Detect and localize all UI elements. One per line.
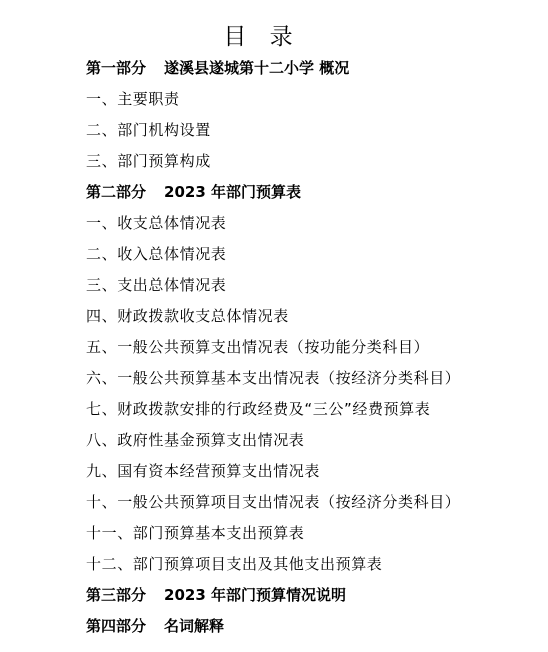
- toc-part-4[interactable]: 第四部分名词解释: [86, 614, 460, 645]
- toc-item[interactable]: 三、支出总体情况表: [86, 273, 460, 304]
- toc-item[interactable]: 一、收支总体情况表: [86, 211, 460, 242]
- part-label: 第三部分: [86, 586, 146, 604]
- toc-part-3[interactable]: 第三部分2023 年部门预算情况说明: [86, 583, 460, 614]
- page-title: 目 录: [0, 22, 524, 52]
- part-title: 遂溪县遂城第十二小学 概况: [164, 59, 349, 77]
- toc-item[interactable]: 六、一般公共预算基本支出情况表（按经济分类科目）: [86, 366, 460, 397]
- toc-item[interactable]: 三、部门预算构成: [86, 149, 460, 180]
- toc-item[interactable]: 二、部门机构设置: [86, 118, 460, 149]
- part-title: 2023 年部门预算情况说明: [164, 586, 346, 604]
- part-label: 第一部分: [86, 59, 146, 77]
- toc-part-2[interactable]: 第二部分2023 年部门预算表: [86, 180, 460, 211]
- part-title: 名词解释: [164, 617, 224, 635]
- part-title: 2023 年部门预算表: [164, 183, 301, 201]
- toc-item[interactable]: 十二、部门预算项目支出及其他支出预算表: [86, 552, 460, 583]
- toc-item[interactable]: 十、一般公共预算项目支出情况表（按经济分类科目）: [86, 490, 460, 521]
- toc-item[interactable]: 七、财政拨款安排的行政经费及“三公”经费预算表: [86, 397, 460, 428]
- part-label: 第四部分: [86, 617, 146, 635]
- toc-item[interactable]: 四、财政拨款收支总体情况表: [86, 304, 460, 335]
- toc-item[interactable]: 十一、部门预算基本支出预算表: [86, 521, 460, 552]
- toc-item[interactable]: 八、政府性基金预算支出情况表: [86, 428, 460, 459]
- toc-item[interactable]: 一、主要职责: [86, 87, 460, 118]
- toc-part-1[interactable]: 第一部分遂溪县遂城第十二小学 概况: [86, 56, 460, 87]
- toc-item[interactable]: 二、收入总体情况表: [86, 242, 460, 273]
- table-of-contents: 第一部分遂溪县遂城第十二小学 概况 一、主要职责 二、部门机构设置 三、部门预算…: [86, 56, 460, 645]
- toc-item[interactable]: 五、一般公共预算支出情况表（按功能分类科目）: [86, 335, 460, 366]
- toc-item[interactable]: 九、国有资本经营预算支出情况表: [86, 459, 460, 490]
- part-label: 第二部分: [86, 183, 146, 201]
